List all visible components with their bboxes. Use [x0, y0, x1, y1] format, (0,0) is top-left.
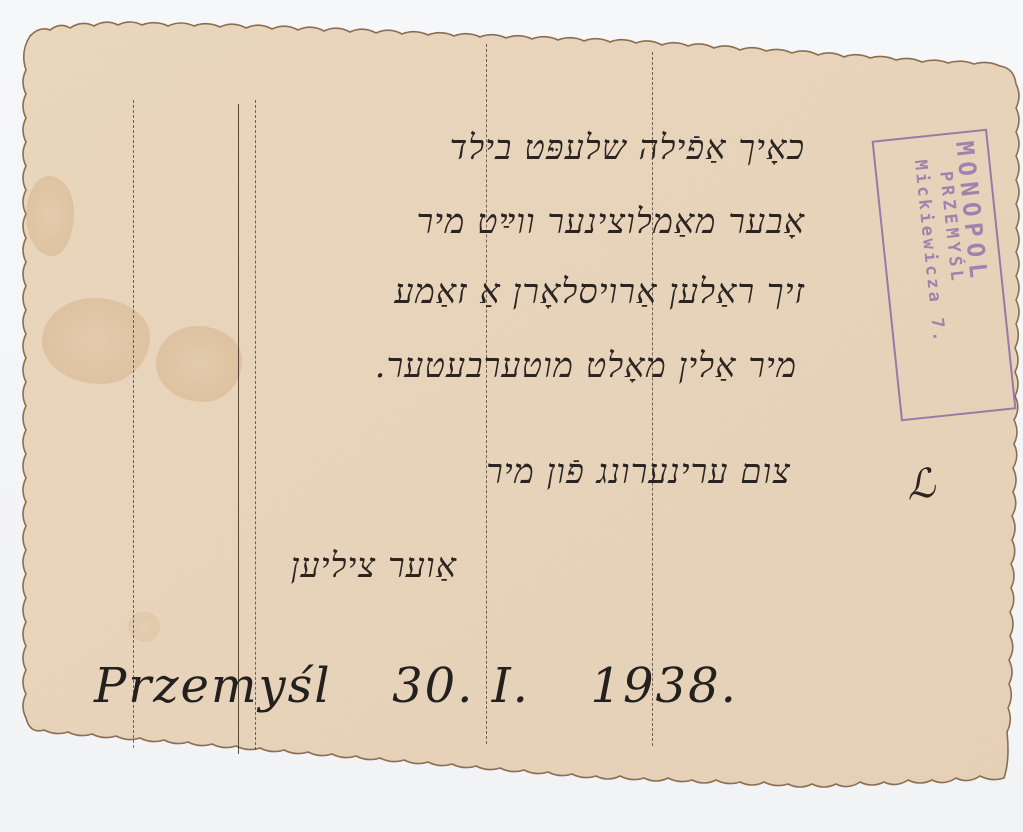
message-line-3: זיך ראַלען אַרויסלאָרן אַ זאַמע	[394, 272, 805, 312]
dotted-column-rule	[255, 100, 256, 750]
solid-column-rule	[238, 104, 239, 754]
message-line-4: מיר אַלין מאָלט מוטערבעטער.	[375, 346, 797, 386]
scan-background: כאָיך אַפֿילה שלעפּט בילד אָבער מאַמלוצי…	[0, 0, 1023, 832]
message-line-1: כאָיך אַפֿילה שלעפּט בילד	[450, 128, 805, 168]
signature: אַוער ציליען	[291, 546, 457, 586]
place: Przemyśl	[94, 658, 332, 714]
date-day: 30.	[392, 658, 474, 714]
date-month: I.	[492, 658, 530, 714]
message-line-2: אָבער מאַמלוצינער ווײַט מיר	[416, 202, 805, 242]
dotted-column-rule	[133, 100, 134, 748]
margin-mark: ℒ	[903, 460, 938, 510]
place-date: Przemyśl 30. I. 1938.	[94, 658, 738, 714]
message-line-5: צום ערינערונג פֿון מיר	[486, 452, 791, 492]
date-year: 1938.	[590, 658, 737, 714]
